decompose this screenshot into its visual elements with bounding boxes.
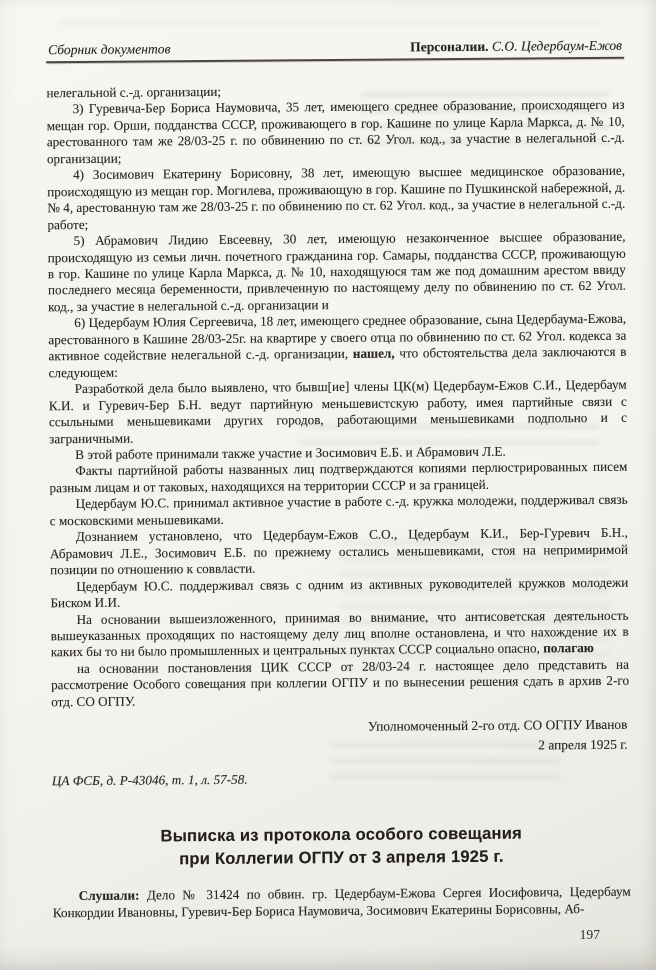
paragraph: Цедербаум Ю.С. принимал активное участие… xyxy=(50,492,628,529)
paragraph: на основании постановления ЦИК СССР от 2… xyxy=(51,657,629,711)
bleed-through-smudge xyxy=(60,20,600,34)
chapter-title: Персоналии. С.О. Цедербаум-Ежов xyxy=(410,38,622,56)
paragraph: 3) Гуревича-Бер Бориса Наумовича, 35 лет… xyxy=(46,97,624,167)
text-run: на основании постановления ЦИК СССР от 2… xyxy=(51,657,629,709)
text-run: 5) Абрамович Лидию Евсеевну, 30 лет, име… xyxy=(48,229,626,314)
paragraph: 6) Цедербаум Юлия Сергеевича, 18 лет, им… xyxy=(48,311,626,381)
excerpt-title-line1: Выписка из протокола особого совещания xyxy=(160,824,522,846)
emphasized-text: нашел, xyxy=(353,346,395,361)
page-number: 197 xyxy=(580,927,600,943)
text-run: Дело № 31424 по обвин. гр. Цедербаум-Ежо… xyxy=(53,884,631,920)
book-title: Сборник документов xyxy=(48,41,171,58)
signature-date: 2 апреля 1925 г. xyxy=(51,734,627,758)
emphasized-text: Слушали: xyxy=(79,888,140,903)
heard-paragraph: Слушали: Дело № 31424 по обвин. гр. Цеде… xyxy=(53,884,631,921)
excerpt-title-line2: при Коллегии ОГПУ от 3 апреля 1925 г. xyxy=(179,846,504,868)
paragraph: 5) Абрамович Лидию Евсеевну, 30 лет, име… xyxy=(48,229,627,316)
scanned-book-page: Сборник документов Персоналии. С.О. Цеде… xyxy=(0,0,656,970)
paragraph: Факты партийной работы названных лиц под… xyxy=(49,459,627,496)
text-run: нелегальной с.-д. организации; xyxy=(46,84,221,100)
paragraph: Дознанием установлено, что Цедербаум-Ежо… xyxy=(50,525,628,579)
paragraph: Цедербаум Ю.С. поддерживал связь с одним… xyxy=(50,574,628,611)
text-run: В этой работе принимали также участие и … xyxy=(75,444,506,462)
text-run: Разработкой дела было выявлено, что бывш… xyxy=(49,377,627,446)
paragraph: На основании вышеизложенного, принимая в… xyxy=(50,607,628,661)
text-run: 4) Зосимович Екатерину Борисовну, 38 лет… xyxy=(47,163,625,232)
text-run: Цедербаум Ю.С. принимал активное участие… xyxy=(50,492,628,528)
excerpt-title: Выписка из протокола особого совещания п… xyxy=(52,822,630,872)
document-body-text: нелегальной с.-д. организации;3) Гуревич… xyxy=(46,81,629,711)
text-run: Цедербаум Ю.С. поддерживал связь с одним… xyxy=(50,574,628,610)
page-content: Сборник документов Персоналии. С.О. Цеде… xyxy=(46,38,631,922)
paragraph: 4) Зосимович Екатерину Борисовну, 38 лет… xyxy=(47,163,625,233)
chapter-section: Персоналии. xyxy=(410,39,489,55)
text-run: Факты партийной работы названных лиц под… xyxy=(49,459,627,495)
emphasized-text: полагаю xyxy=(543,640,594,655)
signature-block: Уполномоченный 2-го отд. СО ОГПУ Иванов … xyxy=(51,715,629,759)
text-run: 3) Гуревича-Бер Бориса Наумовича, 35 лет… xyxy=(47,97,625,166)
text-run: Дознанием установлено, что Цедербаум-Ежо… xyxy=(50,525,628,577)
archive-reference: ЦА ФСБ, д. Р-43046, т. 1, л. 57-58. xyxy=(52,769,630,790)
paragraph: Разработкой дела было выявлено, что бывш… xyxy=(49,377,627,447)
chapter-person: С.О. Цедербаум-Ежов xyxy=(488,38,622,54)
